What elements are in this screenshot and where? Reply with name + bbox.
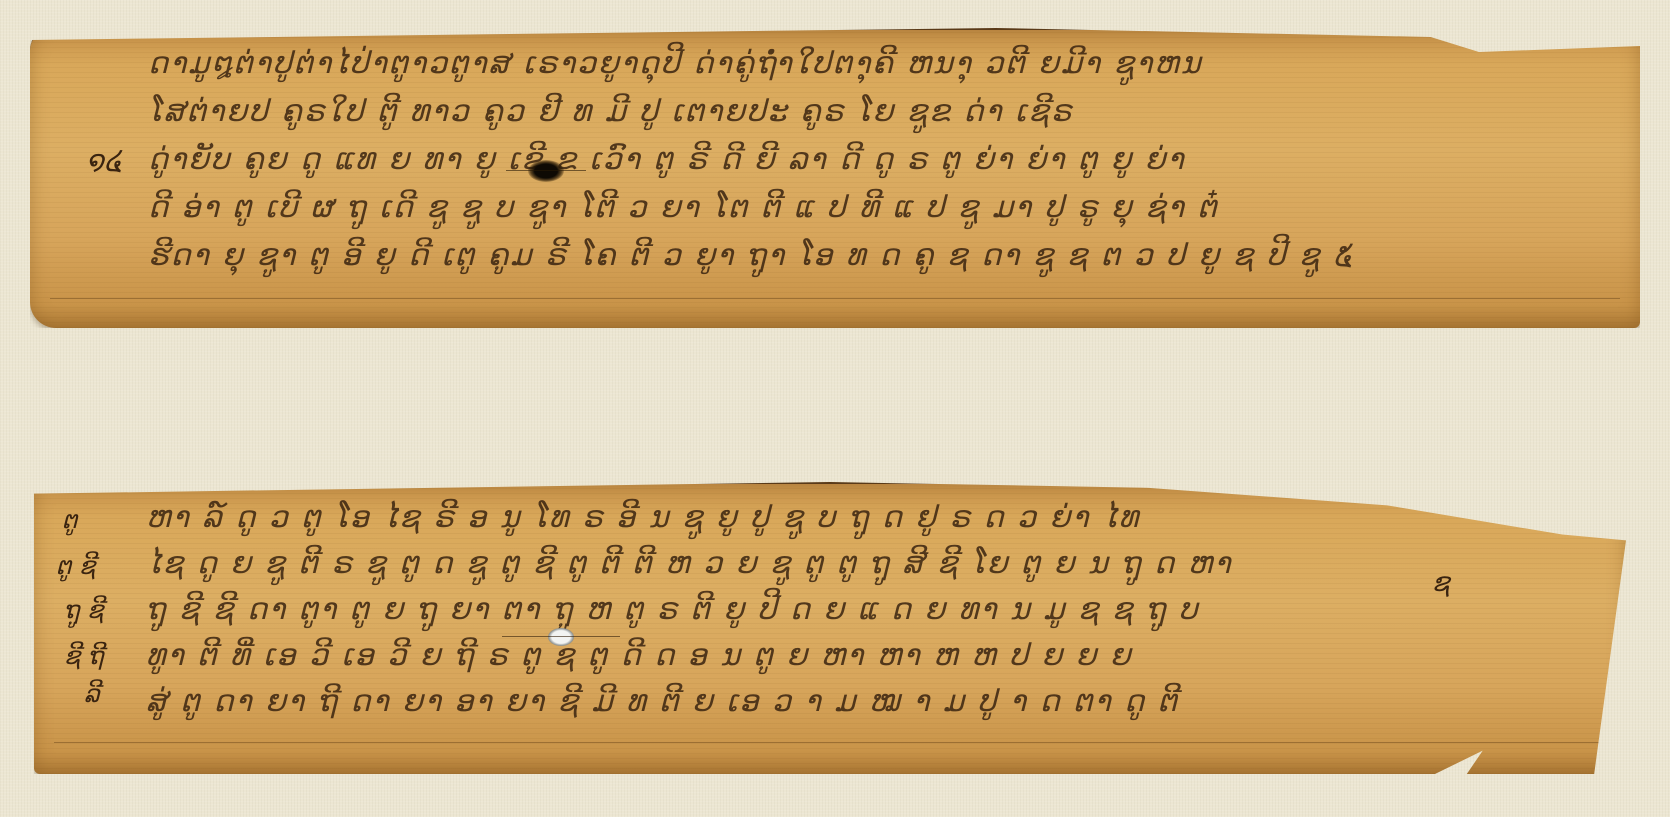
manuscript-line: ໄຊ ດູ ຍ ຊູ ຕີ ຣ ຊູ ຕູ ດ ຊູ ຕູ ຊີ ຕູ ຕີ ຕ… [146, 546, 1233, 581]
leaf-ruling-line [54, 742, 1606, 743]
manuscript-line: ຖູ ຊີ ຊີ ດາ ຕູາ ຕູ ຍ ຖູ ຍາ ຕາ ຖູ ຫ ຕູ ຣ … [146, 592, 1200, 627]
manuscript-line: ຫາ ລ໌ ດູ ວ ຕູ ໂອ ໄຊ ຣີ ອ ນູ ໂທ ຣ ອີ ນ ຊູ… [146, 500, 1140, 535]
margin-glyph: ລີ [84, 680, 100, 708]
margin-glyph: ຕູ [62, 506, 77, 534]
manuscript-line: ທູາ ຕີ ທີ່ ເອ ວີ ເອ ວີ ຍ ຖີ ຣ ຕູ ຊ ຕູ ດີ… [146, 638, 1133, 673]
leaf-ruling-line [50, 298, 1620, 299]
string-hole-burned [528, 160, 564, 182]
manuscript-line: ໂສຕ່າຍປ ຄູຣໃປ ຕູີ ທາວ ຄູວ ຢີ ທ ມີ ປູ ເຕາ… [148, 94, 1073, 129]
manuscript-line: ສູ່ ຕູ ດາ ຍາ ຖີ ດາ ຍາ ອາ ຍາ ຊີ ມີ ທ ຕີ ຍ… [146, 684, 1179, 719]
manuscript-line: ຮີດາ ຍຸ ຊູາ ຕູ ອີ ຍູ ດີ ເຕູ ຄູມ ຣີ ໂຄ ຕີ… [148, 238, 1354, 273]
manuscript-line: ດາມູ໘ຕ່າປູຕ່າໄປ່າຕູາວຕູາສ ເຣາວຍູາດຸປີ ດ່… [148, 46, 1203, 81]
palm-leaf-folio-bottom: ຕູ ຕູ ຊີ ຖູ ຊີ ຊີ ຖີ ລີ ຊ ຫາ ລ໌ ດູ ວ ຕູ … [34, 482, 1626, 774]
margin-glyph: ຕູ ຊີ [56, 552, 95, 580]
folio-number: ໑໔ [86, 144, 121, 177]
string-hole-open [548, 628, 574, 646]
margin-glyph: ຊີ ຖີ [64, 642, 104, 670]
right-margin-glyph: ຊ [1432, 568, 1450, 598]
margin-glyph: ຖູ ຊີ [64, 596, 104, 624]
manuscript-line: ດູ່າຍັບ ຄູຍ ດູ ແທ ຍ ທາ ຍູ ເຂີ ຂ ເວົາ ຕູ … [148, 142, 1186, 177]
palm-leaf-folio-top: ໑໔ ດາມູ໘ຕ່າປູຕ່າໄປ່າຕູາວຕູາສ ເຣາວຍູາດຸປີ… [30, 28, 1640, 328]
manuscript-line: ດີ ອ່າ ຕູ ເບີ ຜ ຖູ ເດີ ຊູ ຊູ ບ ຊູາ ໂຕີ ວ… [148, 190, 1219, 225]
